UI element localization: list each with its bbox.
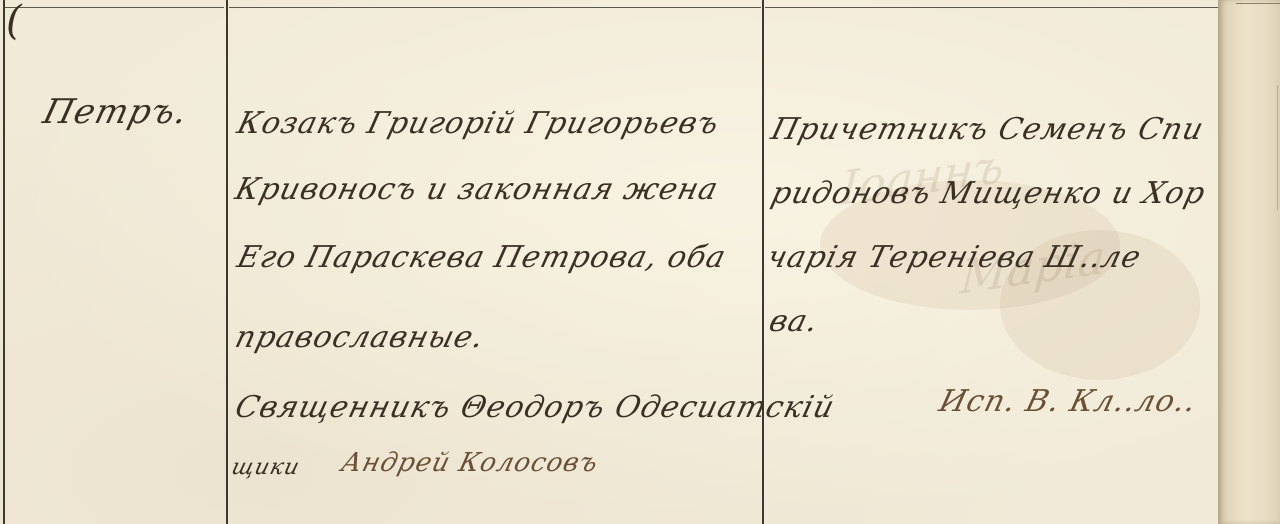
binding-rule: [1236, 3, 1280, 4]
top-rule-col2: [229, 7, 761, 8]
column-rule-2: [762, 0, 764, 524]
parents-line-1: Козакъ Григорій Григорьевъ: [234, 106, 723, 141]
parents-line-3: Его Параскева Петрова, оба: [234, 240, 730, 275]
godparents-line-4: ва.: [766, 304, 823, 339]
parents-line-2: Кривоносъ и законная жена: [232, 172, 723, 207]
godparents-line-2: ридоновъ Мищенко и Хор: [768, 176, 1210, 211]
child-name: Петръ.: [39, 92, 192, 132]
parents-line-4: православные.: [232, 320, 488, 355]
signature-continuation: Исп. В. Кл..ло..: [936, 384, 1201, 419]
column-rule-left: [3, 0, 5, 524]
book-binding-edge: [1218, 0, 1280, 524]
column-rule-1: [226, 0, 228, 524]
top-rule-col3: [765, 7, 1218, 8]
signature-line2-start: щики: [229, 455, 303, 480]
top-rule-col1: [4, 7, 224, 8]
signature-priest: Священникъ Θеодоръ Одесиатскій: [232, 390, 839, 425]
register-page: Іоаннъ Маріа ( Петръ. Козакъ Григорій Гр…: [0, 0, 1218, 524]
margin-mark: (: [6, 0, 22, 44]
godparents-line-3: чарія Тереніева Ш..ле: [764, 240, 1145, 275]
page-edge-line: [1277, 85, 1278, 210]
godparents-line-1: Причетникъ Семенъ Спи: [768, 112, 1208, 147]
signature-deacon: Андрей Колосовъ: [338, 448, 601, 478]
